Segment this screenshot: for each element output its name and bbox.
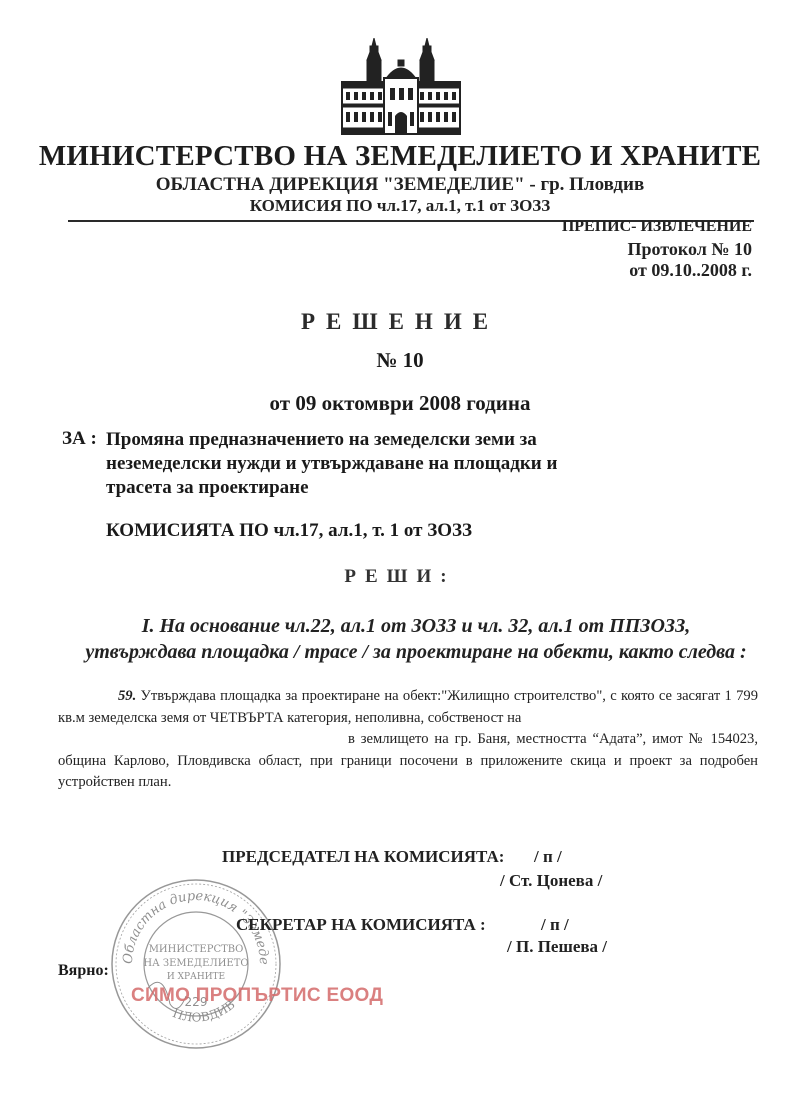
secretary-label: СЕКРЕТАР НА КОМИСИЯТА :: [236, 915, 486, 935]
section-heading-line-1: I. На основание чл.22, ал.1 от ЗОЗЗ и чл…: [56, 613, 776, 639]
chair-name: / Ст. Цонева /: [500, 871, 602, 891]
stamp-inner-line-1: МИНИСТЕРСТВО: [149, 944, 244, 955]
directorate-title: ОБЛАСТНА ДИРЕКЦИЯ "ЗЕМЕДЕЛИЕ" - гр. Плов…: [0, 174, 800, 196]
commission-header: КОМИСИЯ ПО чл.17, ал.1, т.1 от ЗОЗЗ: [0, 196, 800, 216]
subject-text: Промяна предназначението на земеделски з…: [106, 428, 576, 500]
decision-item: 59. Утвърждава площадка за проектиране н…: [58, 686, 758, 794]
protocol-number: Протокол № 10: [628, 239, 752, 260]
resolved-heading: РЕШИ:: [0, 566, 800, 588]
item-text-part-2: в землището на гр. Баня, местността “Ада…: [58, 731, 758, 790]
protocol-date: от 09.10..2008 г.: [629, 260, 752, 281]
section-heading-line-2: утвърждава площадка / трасе / за проекти…: [56, 639, 776, 665]
commission-title: КОМИСИЯТА ПО чл.17, ал.1, т. 1 от ЗОЗЗ: [106, 520, 472, 542]
company-watermark: СИМО ПРОПЪРТИС ЕООД: [131, 985, 383, 1007]
subject-label: ЗА :: [62, 428, 97, 450]
item-number: 59.: [118, 688, 136, 704]
section-heading: I. На основание чл.22, ал.1 от ЗОЗЗ и чл…: [56, 613, 776, 665]
secretary-signature-mark: / п /: [541, 915, 569, 935]
chair-label: ПРЕДСЕДАТЕЛ НА КОМИСИЯТА:: [222, 847, 504, 867]
ministry-title: МИНИСТЕРСТВО НА ЗЕМЕДЕЛИЕТО И ХРАНИТЕ: [0, 140, 800, 173]
official-stamp: Областна дирекция "Земеделие" ПЛОВДИВ МИ…: [108, 876, 284, 1052]
ministry-building-icon: [340, 38, 462, 138]
stamp-inner-line-3: И ХРАНИТЕ: [167, 972, 225, 982]
copy-extract-label: ПРЕПИС- ИЗВЛЕЧЕНИЕ: [562, 218, 752, 236]
item-text-part-1: Утвърждава площадка за проектиране на об…: [58, 688, 758, 726]
decision-number: № 10: [0, 348, 800, 373]
secretary-name: / П. Пешева /: [507, 937, 607, 957]
certified-label: Вярно:: [58, 962, 109, 980]
decision-title: РЕШЕНИЕ: [0, 309, 800, 335]
chair-signature-mark: / п /: [534, 847, 562, 867]
decision-date: от 09 октомври 2008 година: [0, 391, 800, 416]
stamp-inner-line-2: НА ЗЕМЕДЕЛИЕТО: [143, 958, 248, 969]
